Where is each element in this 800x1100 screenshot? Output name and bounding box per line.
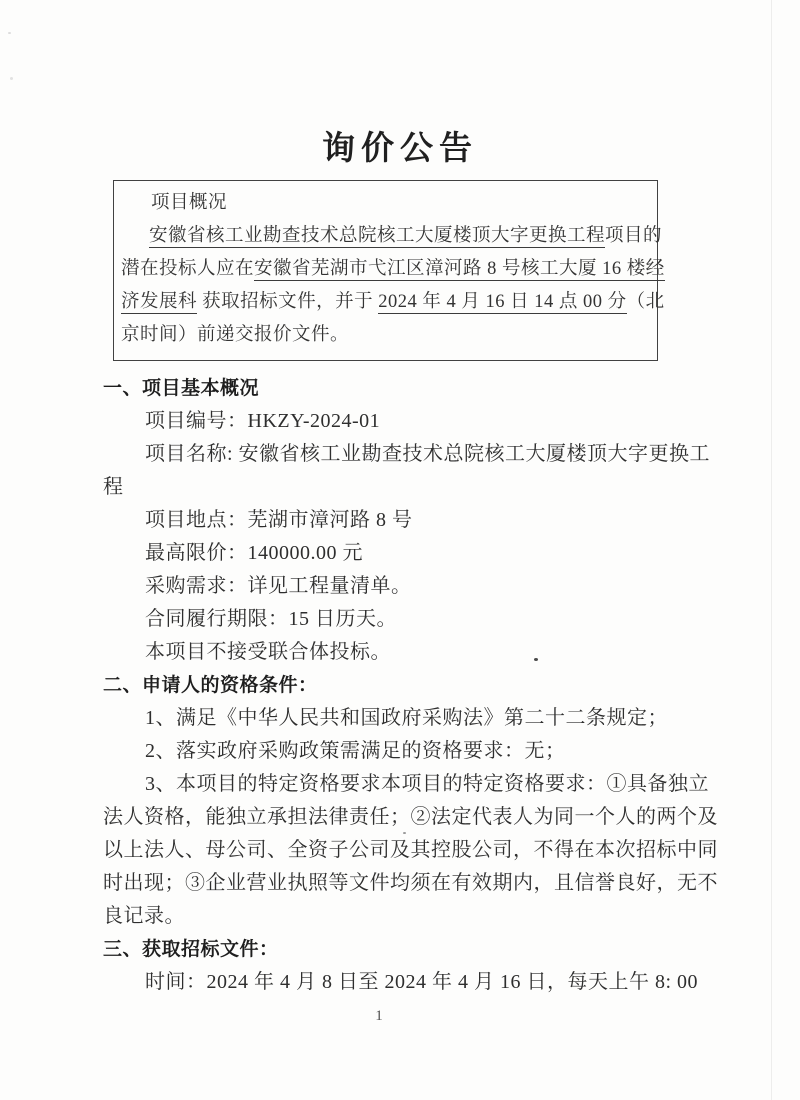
scan-speck [8, 32, 11, 34]
document-body: 一、项目基本概况项目编号：HKZY-2024-01项目名称: 安徽省核工业勘查技… [103, 372, 703, 999]
overview-box-line: 京时间）前递交报价文件。 [121, 319, 652, 352]
body-text-line: 3、本项目的特定资格要求本项目的特定资格要求：①具备独立 [103, 768, 703, 801]
project-overview-box: 项目概况 安徽省核工业勘查技术总院核工大厦楼顶大字更换工程项目的潜在投标人应在安… [113, 180, 658, 361]
plain-text: 京时间）前递交报价文件。 [121, 325, 349, 345]
overview-box-label: 项目概况 [121, 187, 652, 220]
body-text-line: 程 [103, 471, 703, 504]
underlined-text: 济发展科 [121, 292, 197, 314]
scanned-document-page: 询价公告 项目概况 安徽省核工业勘查技术总院核工大厦楼顶大字更换工程项目的潜在投… [0, 0, 800, 1100]
body-text-line: 法人资格，能独立承担法律责任；②法定代表人为同一个人的两个及 [103, 801, 703, 834]
overview-box-line: 潜在投标人应在安徽省芜湖市弋江区漳河路 8 号核工大厦 16 楼经 [121, 253, 652, 286]
plain-text: 潜在投标人应在 [121, 259, 254, 279]
body-text-line: 1、满足《中华人民共和国政府采购法》第二十二条规定； [103, 702, 703, 735]
overview-box-line: 安徽省核工业勘查技术总院核工大厦楼顶大字更换工程项目的 [121, 220, 652, 253]
scan-speck [10, 77, 13, 80]
underlined-text: 安徽省核工业勘查技术总院核工大厦楼顶大字更换工程 [149, 226, 605, 248]
underlined-text: 安徽省芜湖市弋江区漳河路 8 号核工大厦 16 楼经 [254, 259, 665, 281]
body-text-line: 合同履行期限：15 日历天。 [103, 603, 703, 636]
section-heading: 三、获取招标文件： [103, 933, 703, 966]
plain-text: （北 [627, 292, 665, 312]
overview-box-line: 济发展科 获取招标文件，并于 2024 年 4 月 16 日 14 点 00 分… [121, 286, 652, 319]
body-text-line: 时出现；③企业营业执照等文件均须在有效期内，且信誉良好，无不 [103, 867, 703, 900]
body-text-line: 采购需求：详见工程量清单。 [103, 570, 703, 603]
page-number: 1 [0, 1005, 758, 1027]
underlined-text: 2024 年 4 月 16 日 14 点 00 分 [378, 292, 626, 314]
overview-box-text: 安徽省核工业勘查技术总院核工大厦楼顶大字更换工程项目的潜在投标人应在安徽省芜湖市… [121, 220, 652, 352]
body-text-line: 2、落实政府采购政策需满足的资格要求：无； [103, 735, 703, 768]
body-text-line: 项目名称: 安徽省核工业勘查技术总院核工大厦楼顶大字更换工 [103, 438, 703, 471]
body-text-line: 时间：2024 年 4 月 8 日至 2024 年 4 月 16 日，每天上午 … [103, 966, 703, 999]
body-text-line: 项目地点：芜湖市漳河路 8 号 [103, 504, 703, 537]
section-heading: 一、项目基本概况 [103, 372, 703, 405]
body-text-line: 本项目不接受联合体投标。 [103, 636, 703, 669]
body-text-line: 以上法人、母公司、全资子公司及其控股公司，不得在本次招标中同 [103, 834, 703, 867]
section-heading: 二、申请人的资格条件： [103, 669, 703, 702]
plain-text: 获取招标文件，并于 [197, 292, 378, 312]
body-text-line: 项目编号：HKZY-2024-01 [103, 405, 703, 438]
body-text-line: 良记录。 [103, 900, 703, 933]
document-title: 询价公告 [0, 127, 800, 171]
body-text-line: 最高限价：140000.00 元 [103, 537, 703, 570]
plain-text: 项目的 [605, 226, 662, 246]
